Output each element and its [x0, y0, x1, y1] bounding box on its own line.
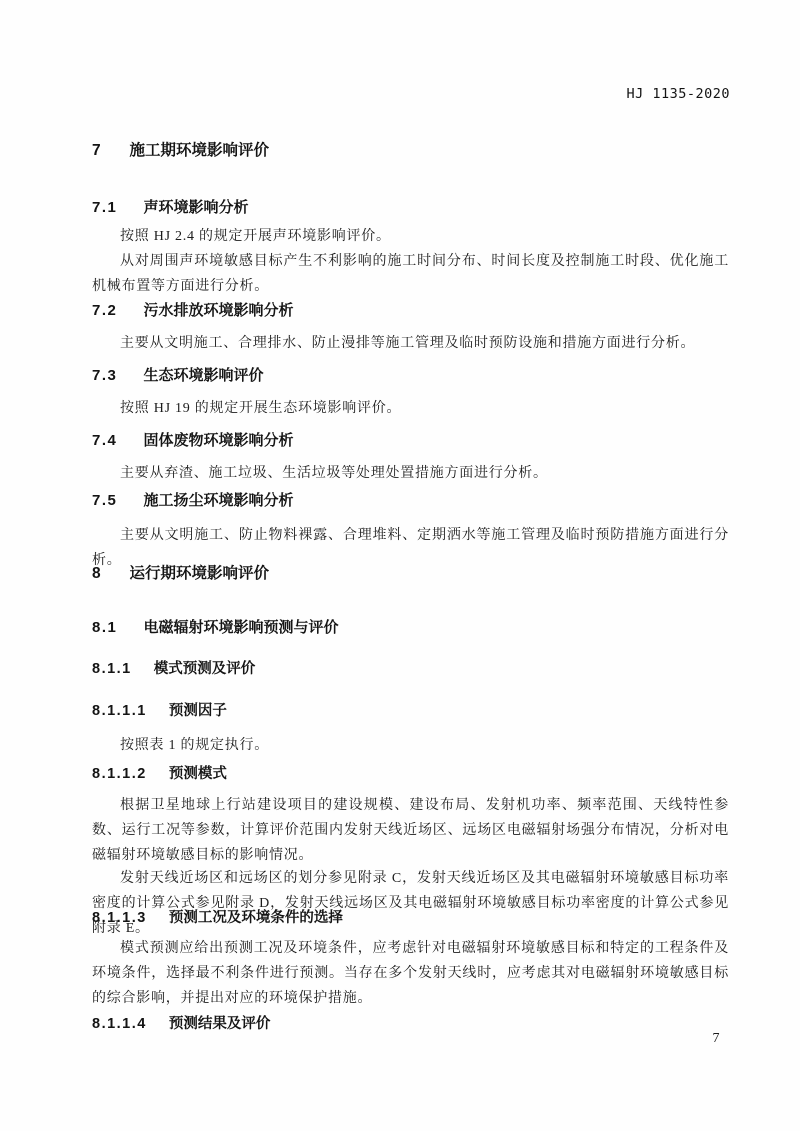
paragraph-8-1-1-2-a: 根据卫星地球上行站建设项目的建设规模、建设布局、发射机功率、频率范围、天线特性参…: [92, 793, 729, 868]
section-title: 固体废物环境影响分析: [144, 432, 294, 449]
section-heading-8-1-1-3: 8.1.1.3 预测工况及环境条件的选择: [92, 908, 343, 928]
section-title: 声环境影响分析: [144, 199, 249, 216]
section-title: 预测因子: [169, 703, 227, 719]
paragraph-7-2: 主要从文明施工、合理排水、防止漫排等施工管理及临时预防设施和措施方面进行分析。: [92, 331, 729, 356]
section-number: 8: [92, 565, 102, 582]
paragraph-7-4: 主要从弃渣、施工垃圾、生活垃圾等处理处置措施方面进行分析。: [92, 461, 729, 486]
paragraph-8-1-1-1: 按照表 1 的规定执行。: [92, 733, 729, 758]
paragraph-7-1-b: 从对周围声环境敏感目标产生不利影响的施工时间分布、时间长度及控制施工时段、优化施…: [92, 249, 729, 299]
section-heading-8-1-1-1: 8.1.1.1 预测因子: [92, 701, 227, 721]
section-heading-8-1: 8.1 电磁辐射环境影响预测与评价: [92, 618, 339, 638]
paragraph-8-1-1-3: 模式预测应给出预测工况及环境条件，应考虑针对电磁辐射环境敏感目标和特定的工程条件…: [92, 936, 729, 1011]
section-heading-7-4: 7.4 固体废物环境影响分析: [92, 431, 294, 451]
section-heading-8-1-1-2: 8.1.1.2 预测模式: [92, 764, 227, 784]
section-title: 运行期环境影响评价: [129, 565, 269, 582]
section-heading-7-5: 7.5 施工扬尘环境影响分析: [92, 491, 294, 511]
document-code: HJ 1135-2020: [92, 86, 730, 102]
section-heading-8-1-1-4: 8.1.1.4 预测结果及评价: [92, 1014, 270, 1034]
section-number: 8.1.1.3: [92, 910, 147, 926]
section-heading-7-3: 7.3 生态环境影响评价: [92, 366, 264, 386]
section-title: 预测模式: [169, 766, 227, 782]
section-number: 8.1.1.1: [92, 703, 147, 719]
section-heading-8: 8 运行期环境影响评价: [92, 564, 269, 584]
section-number: 8.1.1.2: [92, 766, 147, 782]
section-title: 电磁辐射环境影响预测与评价: [144, 619, 339, 636]
section-number: 8.1: [92, 619, 117, 636]
section-number: 7.1: [92, 199, 117, 216]
section-title: 施工扬尘环境影响分析: [144, 492, 294, 509]
paragraph-8-1-1-2-b: 发射天线近场区和远场区的划分参见附录 C，发射天线近场区及其电磁辐射环境敏感目标…: [92, 866, 729, 941]
section-title: 污水排放环境影响分析: [144, 302, 294, 319]
section-number: 7.3: [92, 367, 117, 384]
section-title: 预测结果及评价: [169, 1016, 271, 1032]
section-number: 8.1.1.4: [92, 1016, 147, 1032]
section-title: 预测工况及环境条件的选择: [169, 910, 343, 926]
section-number: 7.5: [92, 492, 117, 509]
section-heading-8-1-1: 8.1.1 模式预测及评价: [92, 659, 255, 679]
section-heading-7-1: 7.1 声环境影响分析: [92, 198, 249, 218]
section-title: 生态环境影响评价: [144, 367, 264, 384]
section-number: 7.4: [92, 432, 117, 449]
page-number: 7: [704, 1031, 728, 1047]
document-page: HJ 1135-2020 7 施工期环境影响评价 7.1 声环境影响分析 按照 …: [0, 0, 800, 1131]
paragraph-7-1-a: 按照 HJ 2.4 的规定开展声环境影响评价。: [92, 224, 729, 249]
section-number: 7.2: [92, 302, 117, 319]
section-heading-7: 7 施工期环境影响评价: [92, 141, 269, 161]
section-title: 施工期环境影响评价: [129, 142, 269, 159]
section-heading-7-2: 7.2 污水排放环境影响分析: [92, 301, 294, 321]
paragraph-7-3: 按照 HJ 19 的规定开展生态环境影响评价。: [92, 396, 729, 421]
section-number: 7: [92, 142, 102, 159]
section-number: 8.1.1: [92, 661, 132, 677]
section-title: 模式预测及评价: [154, 661, 256, 677]
